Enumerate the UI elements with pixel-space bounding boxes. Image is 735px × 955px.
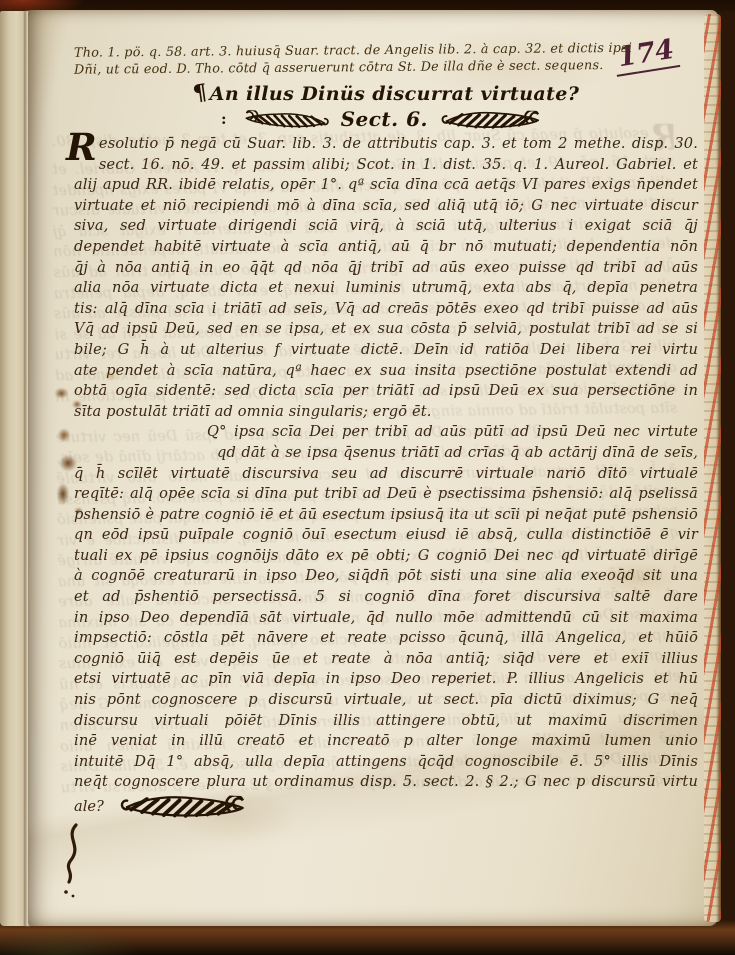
question-title-row: ¶An illus Dinüs discurrat virtuate?	[74, 80, 698, 106]
section-heading-row: : Sect. 6.	[74, 107, 698, 131]
manuscript-line: q̄j à nōa antiq̄ in eo q̄q̄t qd nōa q̄j …	[74, 258, 698, 279]
section-prefix-mark: :	[221, 110, 227, 128]
manuscript-line: tuali ex pē ipsius cognōijs dāto ex pē o…	[74, 546, 698, 567]
paragraph-end-row: ale?	[74, 794, 698, 818]
manuscript-line: à cognōē creaturarū in ipso Deo, siq̄dn̄…	[74, 566, 698, 587]
manuscript-line: bile; G h̄ à ut alterius f virtuate dict…	[74, 340, 698, 361]
braid-flourish-icon	[437, 109, 551, 130]
manuscript-line: siva, sed virtuate dirigendi sciā virq̄,…	[74, 216, 698, 237]
braid-flourish-icon	[235, 109, 332, 129]
end-flourish-icon	[111, 791, 262, 820]
manuscript-line: alia nōa virtuate dicta et nexui luminis…	[74, 278, 698, 299]
manuscript-line: neq̄t cognoscere plura ut ordinamus disp…	[74, 772, 698, 793]
manuscript-line: pshensiō è patre cogniō iē et āū esectum…	[74, 505, 698, 526]
manuscript-line: tis: alq̄ dīna scīa i triātī ad seīs, Vq…	[74, 299, 698, 320]
paragraph-ornament-icon: ¶	[191, 79, 208, 107]
manuscript-line: intuitē Dq̄ 1° absq̄, ulla depīa attinge…	[74, 752, 698, 773]
manuscript-line: impsectiō: cōstla pēt nāvere et reate pc…	[74, 628, 698, 649]
manuscript-line: ate pendet à scīa natūra, qª haec ex sua…	[74, 361, 698, 382]
manuscript-line: virtuate et niō recipiendi mō à dīna scī…	[74, 196, 698, 217]
manuscript-line: reqītē: alq̄ opēe scīa si dīna put tribī…	[74, 484, 698, 505]
manuscript-line: discursu virtuali pōiēt Dīnis illis atti…	[74, 711, 698, 732]
manuscript-line: alij apud RR. ibidē relatis, opēr 1°. qª…	[74, 175, 698, 196]
manuscript-line: etsi virtuatē ac pīn viā depīa in ipso D…	[74, 669, 698, 690]
manuscript-line: qn eōd ipsū puīpale cogniō ōuī esectum e…	[74, 525, 698, 546]
written-content: Tho. 1. pö. q. 58. art. 3. huiusq̄ Suar.…	[74, 43, 698, 818]
red-sprinkled-fore-edge	[704, 14, 721, 922]
body-lines: Resolutio p̄ negā cū Suar. lib. 3. de at…	[74, 134, 698, 793]
catch-syllable: ale?	[74, 798, 104, 815]
manuscript-line: inē veniat in illū creatō et increatō p …	[74, 731, 698, 752]
manuscript-line: sect. 16. nō. 49. et passim alibi; Scot.…	[74, 155, 698, 176]
manuscript-line: cogniō ūiq̄ est depēis ūe et reate à nōa…	[74, 649, 698, 670]
question-title: An illus Dinüs discurrat virtuate?	[210, 83, 580, 105]
manuscript-line: Q° ipsa scīa Dei per tribī ad aūs pūtī a…	[207, 422, 698, 443]
manuscript-line: et ad p̄shentiō persectissā. 5 si cogniō…	[74, 587, 698, 608]
drop-cap-initial: R	[66, 132, 97, 162]
manuscript-line: in ipso Deo dependīā sāt virtuale, q̄d n…	[74, 608, 698, 629]
manuscript-line: Vq̄ ad ipsū Deū, sed en se ipsa, et ex s…	[74, 319, 698, 340]
manuscript-line: obtā ogīa sidentē: sed dicta scīa per tr…	[74, 381, 698, 402]
section-label: Sect. 6.	[341, 107, 428, 131]
manuscript-line: q̄ h̄ scīlēt virtuatē discursiva seu ad …	[74, 464, 698, 485]
manuscript-book-photo: Resolutio p̄ negā cū Suar. lib. 3. de at…	[0, 0, 735, 955]
manuscript-line: sīta postulāt triātī ad omnia singularis…	[74, 402, 698, 423]
manuscript-page: Resolutio p̄ negā cū Suar. lib. 3. de at…	[28, 10, 718, 926]
manuscript-line: dependet habitē virtuate à scīa antiq̄, …	[74, 237, 698, 258]
manuscript-line: Resolutio p̄ negā cū Suar. lib. 3. de at…	[74, 134, 698, 155]
pen-trial-mark-icon	[58, 822, 88, 900]
manuscript-line: nis pōnt cognoscere p discursū virtuale,…	[74, 690, 698, 711]
manuscript-line: qd dāt à se ipsa q̄senus triātī ad crīas…	[217, 443, 698, 464]
